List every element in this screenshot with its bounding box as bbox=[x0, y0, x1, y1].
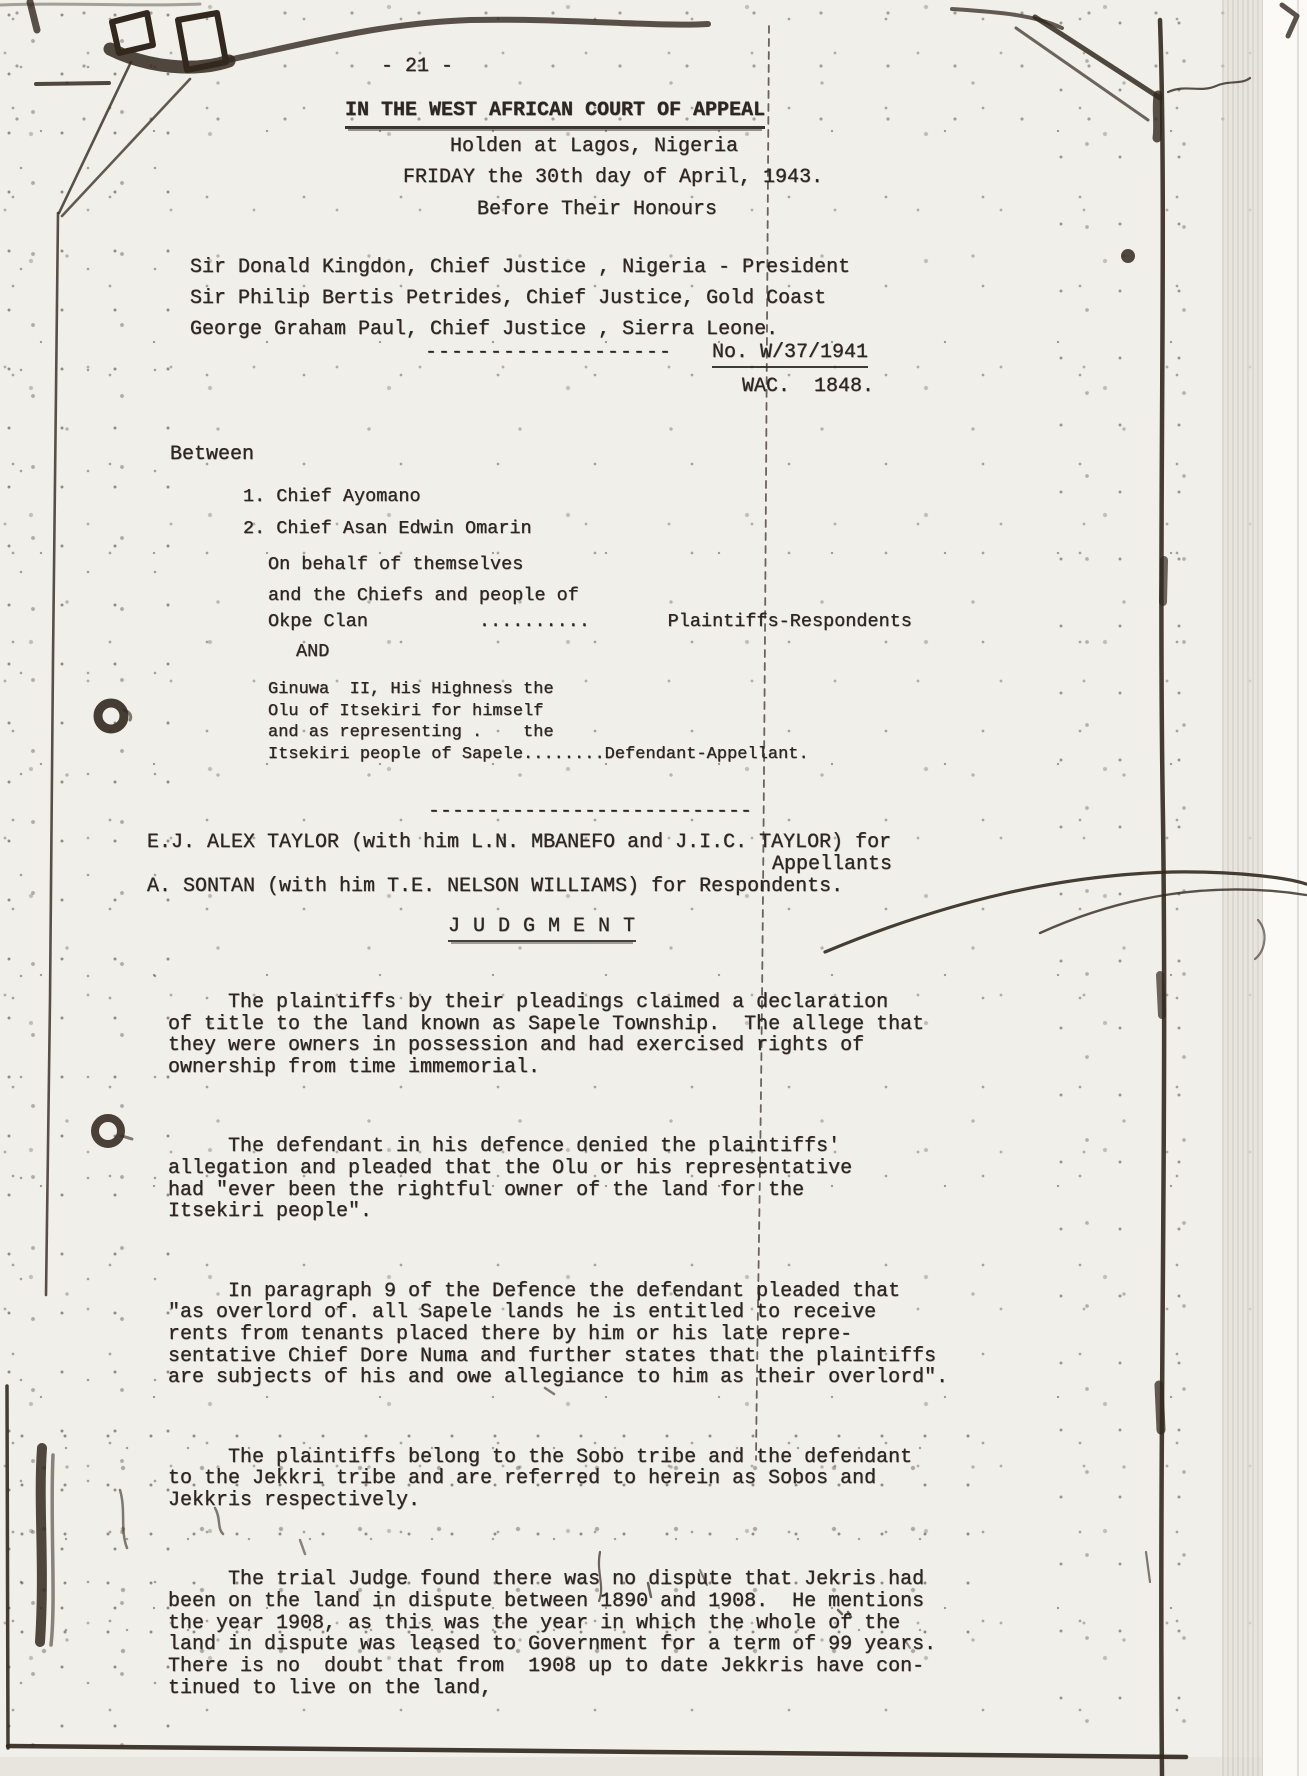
judgment-paragraph-3: In paragraph 9 of the Defence the defend… bbox=[168, 1281, 1028, 1390]
judgment-paragraph-2: The defendant in his defence denied the … bbox=[168, 1136, 1028, 1223]
punch-hole-ring-2 bbox=[95, 1118, 132, 1144]
and-label: AND bbox=[296, 641, 329, 663]
binding-gray-band bbox=[1222, 0, 1262, 1776]
judgment-paragraph-5: The trial Judge found there was no dispu… bbox=[168, 1569, 1028, 1699]
counsel-respondents-line: A. SONTAN (with him T.E. NELSON WILLIAMS… bbox=[147, 876, 843, 898]
plaintiff-item-1: 1. Chief Ayomano bbox=[243, 486, 421, 508]
okpe-clan-role-line: Okpe Clan .......... Plaintiffs-Responde… bbox=[268, 611, 912, 633]
judgment-body: The plaintiffs by their pleadings claime… bbox=[168, 948, 1028, 1757]
punch-hole-ring-1 bbox=[98, 703, 131, 729]
plaintiff-item-2: 2. Chief Asan Edwin Omarin bbox=[243, 518, 532, 540]
before-honours-line: Before Their Honours bbox=[477, 199, 717, 221]
judges-list: Sir Donald Kingdon, Chief Justice , Nige… bbox=[190, 252, 850, 345]
counsel-appellants-line: E.J. ALEX TAYLOR (with him L.N. MBANEFO … bbox=[147, 832, 891, 854]
page-number: - 21 - bbox=[381, 56, 453, 78]
separator-dashes-2: --------------------------- bbox=[428, 801, 752, 823]
judgment-heading: J U D G M E N T bbox=[448, 916, 636, 942]
left-margin-fold-line bbox=[46, 213, 58, 1295]
scanned-court-judgment-page: - 21 - IN THE WEST AFRICAN COURT OF APPE… bbox=[0, 0, 1307, 1776]
judgment-paragraph-1: The plaintiffs by their pleadings claime… bbox=[168, 992, 1028, 1079]
holden-line: Holden at Lagos, Nigeria bbox=[450, 136, 738, 158]
defendant-description: Ginuwa II, His Highness the Olu of Itsek… bbox=[268, 679, 809, 765]
between-label: Between bbox=[170, 444, 254, 466]
judgment-paragraph-4: The plaintiffs belong to the Sobo tribe … bbox=[168, 1447, 1028, 1512]
wac-number: WAC. 1848. bbox=[742, 376, 874, 398]
hearing-date-line: FRIDAY the 30th day of April, 1943. bbox=[403, 167, 823, 189]
court-title: IN THE WEST AFRICAN COURT OF APPEAL bbox=[345, 100, 765, 129]
scan-noise-right-margin bbox=[1050, 0, 1210, 1776]
case-number: No. W/37/1941 bbox=[712, 342, 868, 368]
plaintiff-description: On behalf of themselves and the Chiefs a… bbox=[268, 549, 579, 611]
scanner-bottom-edge bbox=[0, 1757, 1307, 1776]
separator-dashes-1: ------------------- bbox=[425, 342, 672, 364]
counsel-appellants-word: Appellants bbox=[772, 854, 892, 876]
scanner-white-edge bbox=[1262, 0, 1307, 1776]
scanner-edge-line bbox=[1297, 0, 1299, 1776]
